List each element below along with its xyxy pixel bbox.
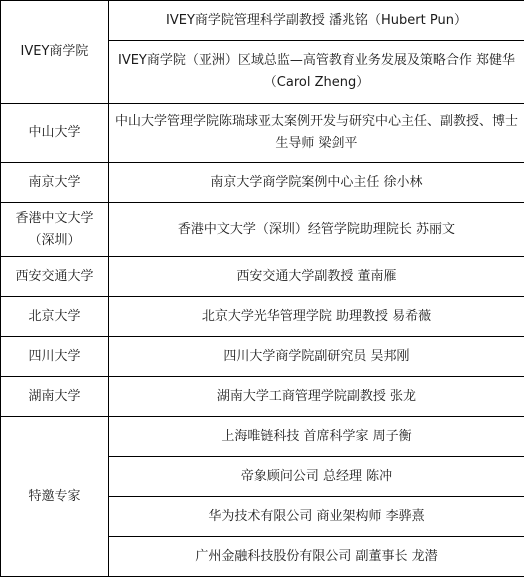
institution-cell: 西安交通大学 xyxy=(1,257,109,297)
member-cell: 上海唯链科技 首席科学家 周子衡 xyxy=(109,417,524,457)
table-row: 北京大学 北京大学光华管理学院 助理教授 易希薇 xyxy=(1,297,524,337)
member-cell: IVEY商学院管理科学副教授 潘兆铭（Hubert Pun） xyxy=(109,1,524,41)
member-cell: 南京大学商学院案例中心主任 徐小林 xyxy=(109,163,524,203)
member-cell: 帝象顾问公司 总经理 陈冲 xyxy=(109,457,524,497)
institution-cell: 香港中文大学（深圳） xyxy=(1,203,109,257)
table-row: 香港中文大学（深圳） 香港中文大学（深圳）经管学院助理院长 苏丽文 xyxy=(1,203,524,257)
table-row: 西安交通大学 西安交通大学副教授 董南雁 xyxy=(1,257,524,297)
table-row: IVEY商学院 IVEY商学院管理科学副教授 潘兆铭（Hubert Pun） xyxy=(1,1,524,41)
member-cell: 西安交通大学副教授 董南雁 xyxy=(109,257,524,297)
member-cell: 湖南大学工商管理学院副教授 张龙 xyxy=(109,377,524,417)
institution-cell: 中山大学 xyxy=(1,104,109,163)
table-row: 南京大学 南京大学商学院案例中心主任 徐小林 xyxy=(1,163,524,203)
institution-cell: 湖南大学 xyxy=(1,377,109,417)
institution-cell: 四川大学 xyxy=(1,337,109,377)
expert-table: IVEY商学院 IVEY商学院管理科学副教授 潘兆铭（Hubert Pun） I… xyxy=(0,0,524,577)
member-cell: 香港中文大学（深圳）经管学院助理院长 苏丽文 xyxy=(109,203,524,257)
table-row: 中山大学 中山大学管理学院陈瑞球亚太案例开发与研究中心主任、副教授、博士生导师 … xyxy=(1,104,524,163)
table-row: 四川大学 四川大学商学院副研究员 吴邦刚 xyxy=(1,337,524,377)
institution-cell: 北京大学 xyxy=(1,297,109,337)
table-row: 湖南大学 湖南大学工商管理学院副教授 张龙 xyxy=(1,377,524,417)
member-cell: 北京大学光华管理学院 助理教授 易希薇 xyxy=(109,297,524,337)
member-cell: 中山大学管理学院陈瑞球亚太案例开发与研究中心主任、副教授、博士生导师 梁剑平 xyxy=(109,104,524,163)
institution-cell: IVEY商学院 xyxy=(1,1,109,104)
table-row: 特邀专家 上海唯链科技 首席科学家 周子衡 xyxy=(1,417,524,457)
institution-cell: 南京大学 xyxy=(1,163,109,203)
institution-cell: 特邀专家 xyxy=(1,417,109,577)
member-cell: 华为技术有限公司 商业架构师 李骅熹 xyxy=(109,497,524,537)
member-cell: 四川大学商学院副研究员 吴邦刚 xyxy=(109,337,524,377)
member-cell: 广州金融科技股份有限公司 副董事长 龙潜 xyxy=(109,537,524,577)
member-cell: IVEY商学院（亚洲）区域总监—高管教育业务发展及策略合作 郑健华（Carol … xyxy=(109,41,524,104)
